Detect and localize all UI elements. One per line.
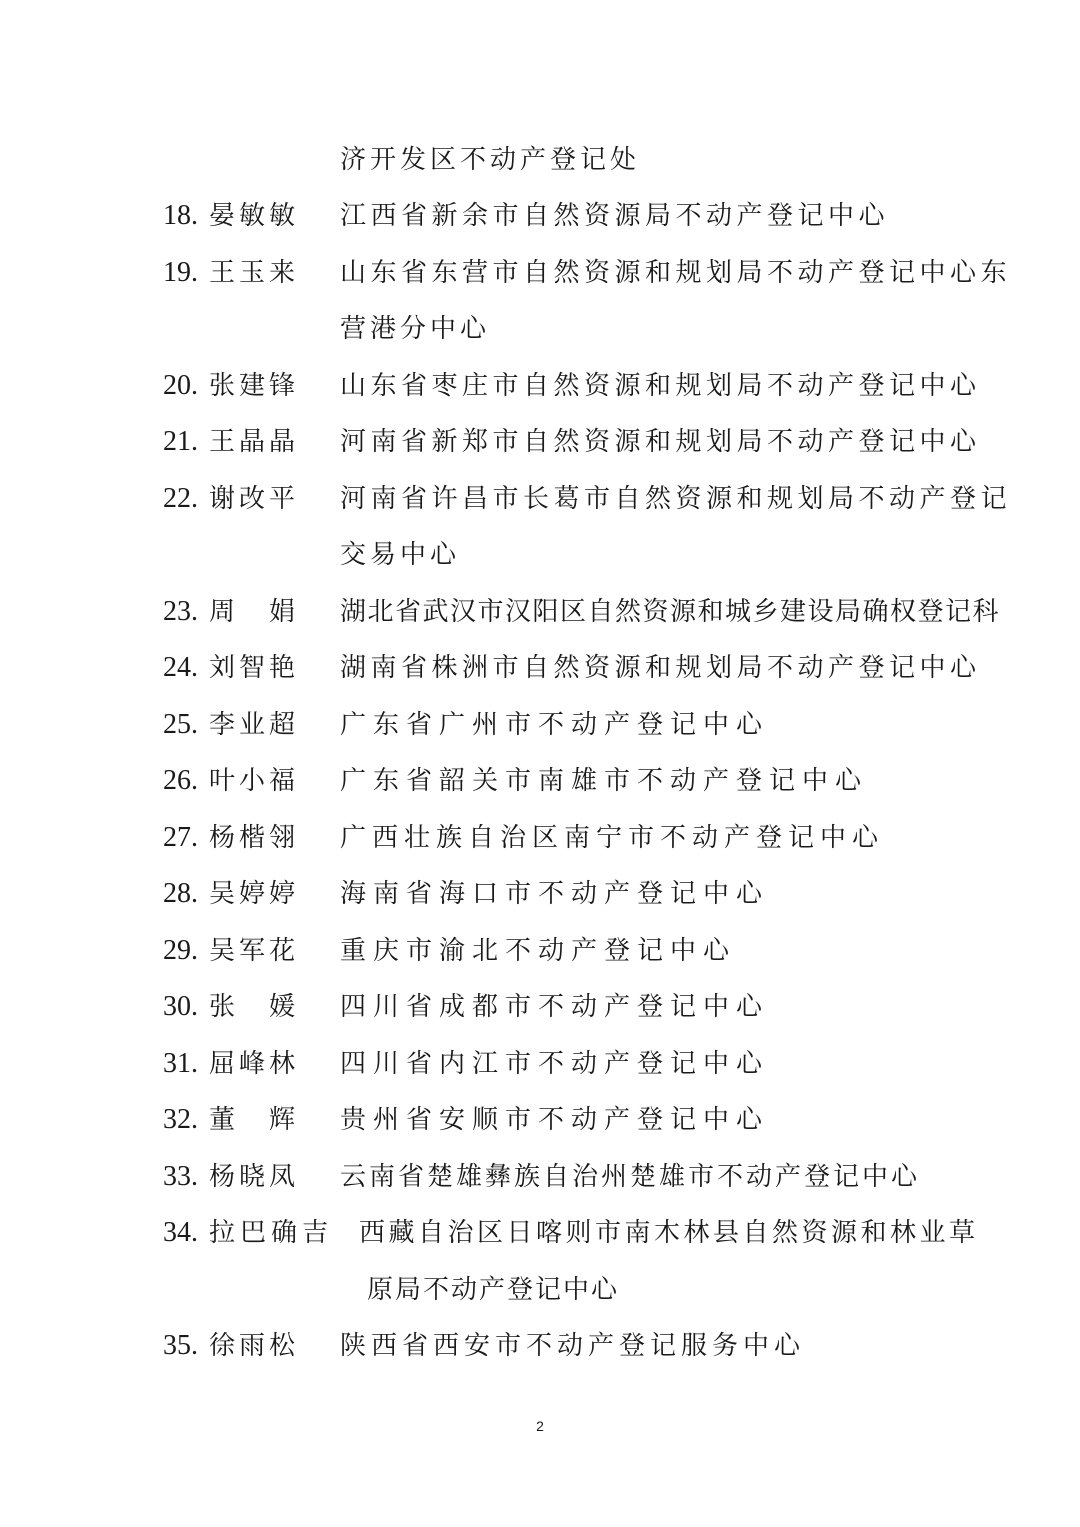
- org-continuation: 济开发区不动产登记处: [340, 144, 640, 176]
- person-name: 张建锋: [209, 370, 299, 402]
- person-name: 吴婷婷: [209, 878, 299, 910]
- entry-number: 24.: [163, 652, 198, 684]
- entry-number: 25.: [163, 709, 198, 741]
- person-name: 叶小福: [209, 765, 299, 797]
- entry-number: 22.: [163, 483, 198, 515]
- organization: 重庆市渝北不动产登记中心: [340, 935, 736, 967]
- entry-number: 33.: [163, 1161, 198, 1193]
- organization: 河南省许昌市长葛市自然资源和规划局不动产登记: [340, 483, 1011, 515]
- organization: 西藏自治区日喀则市南木林县自然资源和林业草: [359, 1217, 979, 1249]
- entry-number: 30.: [163, 991, 198, 1023]
- organization: 四川省成都市不动产登记中心: [340, 991, 769, 1023]
- person-name: 徐雨松: [209, 1330, 299, 1362]
- entry-number: 34.: [163, 1217, 198, 1249]
- entry-number: 20.: [163, 370, 198, 402]
- organization: 湖南省株洲市自然资源和规划局不动产登记中心: [340, 652, 981, 684]
- entry-number: 31.: [163, 1048, 198, 1080]
- person-name: 刘智艳: [209, 652, 299, 684]
- organization: 广东省广州市不动产登记中心: [340, 709, 769, 741]
- person-name: 谢改平: [209, 483, 299, 515]
- person-name: 周 娟: [209, 596, 299, 628]
- person-name: 屈峰林: [209, 1048, 299, 1080]
- person-name: 杨晓凤: [209, 1161, 299, 1193]
- org-continuation: 营港分中心: [340, 313, 490, 345]
- organization: 广东省韶关市南雄市不动产登记中心: [340, 765, 868, 797]
- person-name: 晏敏敏: [209, 200, 299, 232]
- person-name: 吴军花: [209, 935, 299, 967]
- document-page: 济开发区不动产登记处 18. 晏敏敏 江西省新余市自然资源局不动产登记中心 19…: [0, 0, 1080, 1527]
- entry-number: 26.: [163, 765, 198, 797]
- entry-number: 35.: [163, 1330, 198, 1362]
- entry-number: 19.: [163, 257, 198, 289]
- page-number: 2: [0, 1418, 1080, 1434]
- person-name: 董 辉: [209, 1104, 299, 1136]
- organization: 江西省新余市自然资源局不动产登记中心: [340, 200, 889, 232]
- person-name: 王晶晶: [209, 426, 299, 458]
- organization: 贵州省安顺市不动产登记中心: [340, 1104, 769, 1136]
- entry-number: 21.: [163, 426, 198, 458]
- person-name: 王玉来: [209, 257, 299, 289]
- org-continuation: 交易中心: [340, 539, 460, 571]
- organization: 湖北省武汉市汉阳区自然资源和城乡建设局确权登记科: [340, 596, 1000, 628]
- person-name: 张 媛: [209, 991, 299, 1023]
- organization: 山东省东营市自然资源和规划局不动产登记中心东: [340, 257, 1011, 289]
- organization: 四川省内江市不动产登记中心: [340, 1048, 769, 1080]
- person-name: 杨楷翎: [209, 822, 299, 854]
- entry-number: 27.: [163, 822, 198, 854]
- entry-number: 29.: [163, 935, 198, 967]
- org-continuation: 原局不动产登记中心: [367, 1274, 619, 1306]
- organization: 河南省新郑市自然资源和规划局不动产登记中心: [340, 426, 981, 458]
- entry-number: 23.: [163, 596, 198, 628]
- entry-number: 18.: [163, 200, 198, 232]
- entry-number: 28.: [163, 878, 198, 910]
- person-name: 李业超: [209, 709, 299, 741]
- organization: 广西壮族自治区南宁市不动产登记中心: [340, 822, 884, 854]
- person-name: 拉巴确吉: [209, 1217, 333, 1249]
- organization: 海南省海口市不动产登记中心: [340, 878, 769, 910]
- organization: 陕西省西安市不动产登记服务中心: [340, 1330, 805, 1362]
- organization: 云南省楚雄彝族自治州楚雄市不动产登记中心: [340, 1161, 920, 1193]
- organization: 山东省枣庄市自然资源和规划局不动产登记中心: [340, 370, 981, 402]
- entry-number: 32.: [163, 1104, 198, 1136]
